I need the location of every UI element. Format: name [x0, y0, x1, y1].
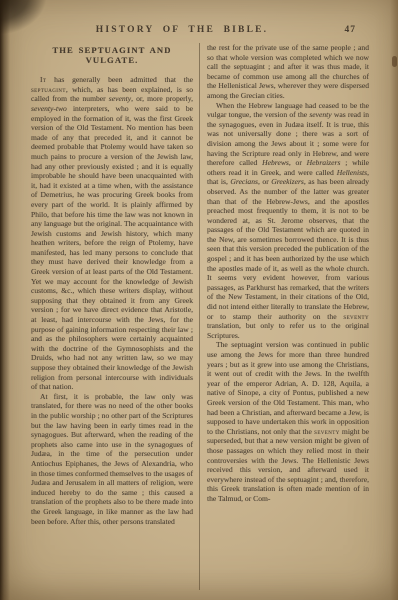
column-left-body: It has generally been admitted that the … — [31, 75, 193, 526]
column-left: THE SEPTUAGINT AND VULGATE. It has gener… — [31, 43, 200, 590]
italic-text: Greekizers — [271, 177, 304, 186]
italic-text: Hebraizers — [307, 158, 341, 167]
paragraph: The septuagint version was continued in … — [207, 340, 369, 503]
italic-text: seventy — [309, 110, 331, 119]
italic-text: Hellenists — [337, 168, 367, 177]
body-text: The septuagint version was continued in … — [207, 340, 369, 435]
small-caps-text: seventy — [343, 312, 369, 321]
body-text: translation, but only to refer us to the… — [207, 321, 369, 340]
body-text: , or — [289, 158, 307, 167]
italic-text: seventy-two — [31, 104, 67, 113]
page-edge-shadow-left — [0, 0, 10, 600]
italic-text: Hebrews — [262, 158, 289, 167]
italic-text: Grecians — [230, 177, 258, 186]
text-columns: THE SEPTUAGINT AND VULGATE. It has gener… — [31, 43, 369, 590]
paragraph: the rest for the private use of the same… — [207, 43, 369, 101]
body-text: , or — [258, 177, 271, 186]
body-text: , as has been already observed. As the n… — [207, 177, 369, 320]
paragraph: When the Hebrew language had ceased to b… — [207, 101, 369, 341]
running-title: HISTORY OF THE BIBLE. — [30, 25, 334, 35]
running-head: HISTORY OF THE BIBLE. 47 — [30, 25, 368, 39]
italic-text: seventy — [109, 94, 131, 103]
body-text: , or, more properly, — [131, 94, 193, 103]
paragraph: At first, it is probable, the law only w… — [31, 392, 193, 526]
body-text: has generally been admitted that the — [46, 75, 193, 84]
page-edge-shadow-right — [390, 0, 398, 600]
column-right: the rest for the private use of the same… — [200, 43, 369, 590]
book-page: HISTORY OF THE BIBLE. 47 THE SEPTUAGINT … — [0, 0, 398, 600]
small-caps-text: septuagint — [31, 85, 66, 94]
body-text: interpreters, who were said to be employ… — [31, 104, 193, 391]
paragraph: It has generally been admitted that the … — [31, 75, 193, 392]
section-heading: THE SEPTUAGINT AND VULGATE. — [31, 46, 193, 65]
column-right-body: the rest for the private use of the same… — [207, 43, 369, 504]
page-number: 47 — [345, 25, 357, 35]
body-text: might be superseded, but that a new vers… — [207, 427, 369, 503]
small-caps-text: seventy — [314, 427, 340, 436]
body-text: At first, it is probable, the law only w… — [31, 392, 193, 526]
body-text: the rest for the private use of the same… — [207, 43, 369, 100]
page-edge-mark — [392, 56, 397, 67]
